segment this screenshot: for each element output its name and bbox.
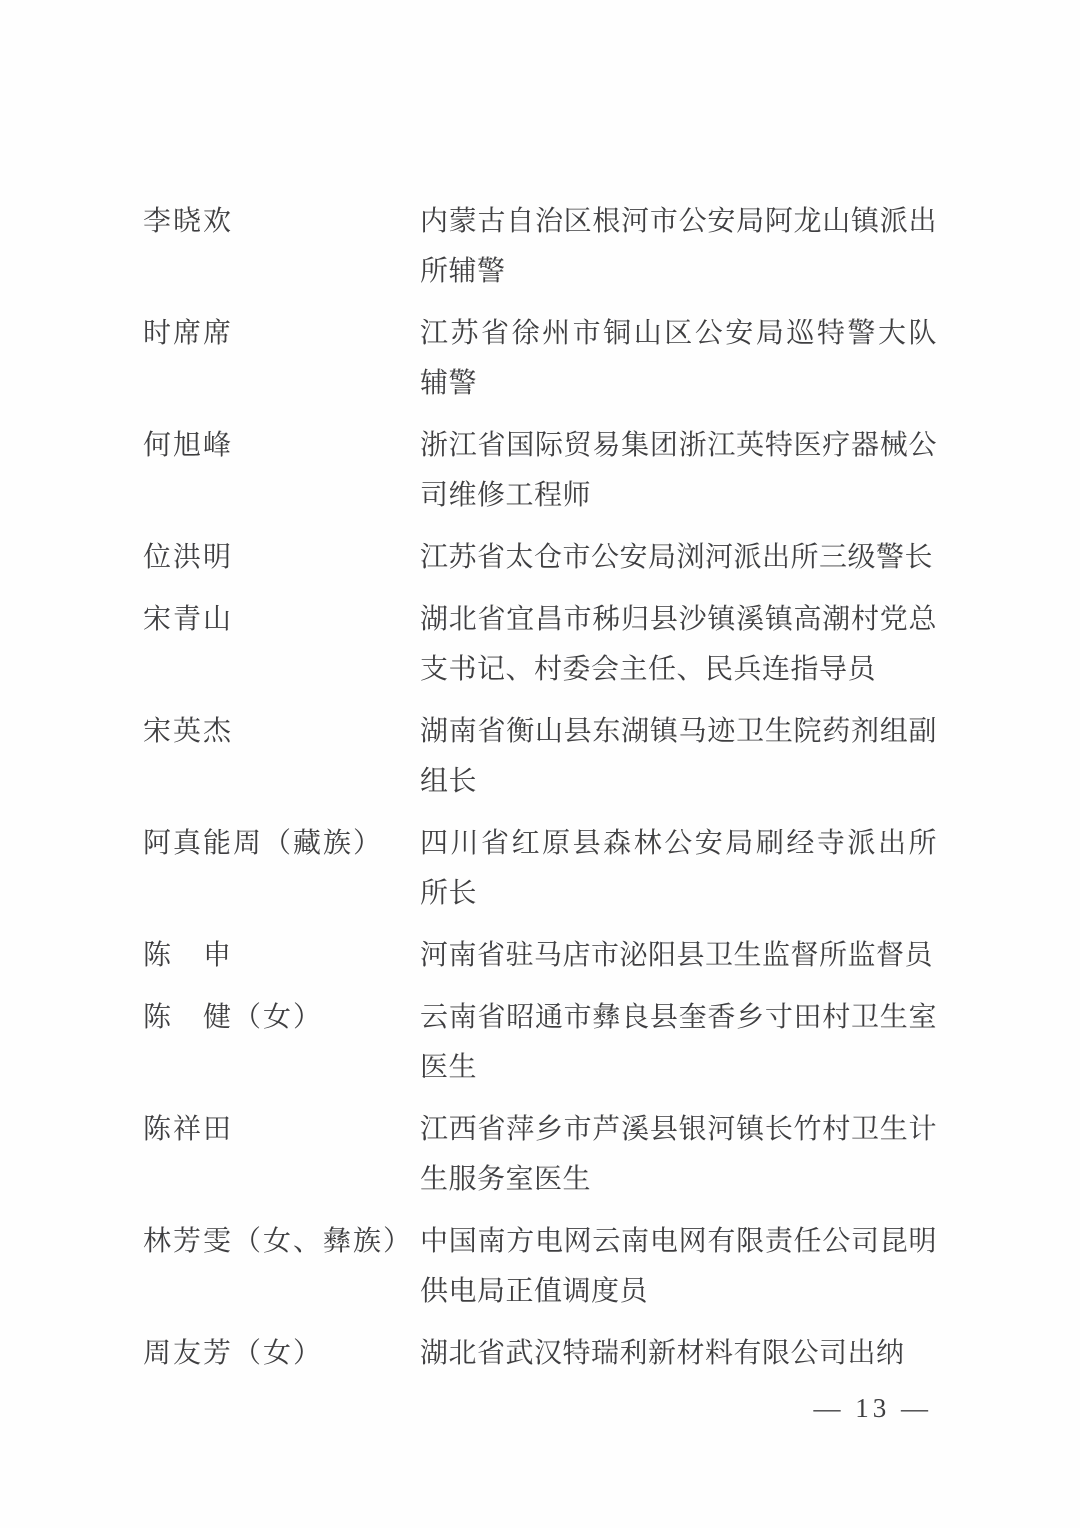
person-title: 河南省驻马店市泌阳县卫生监督所监督员: [420, 931, 937, 981]
person-name: 周友芳（女）: [143, 1329, 420, 1379]
roster-entry: 陈 申 河南省驻马店市泌阳县卫生监督所监督员: [143, 931, 943, 981]
roster-entry: 宋青山 湖北省宜昌市秭归县沙镇溪镇高潮村党总支书记、村委会主任、民兵连指导员: [143, 595, 943, 695]
person-name: 李晓欢: [143, 197, 420, 247]
roster-entry: 阿真能周（藏族） 四川省红原县森林公安局刷经寺派出所所长: [143, 819, 943, 919]
roster-list: 李晓欢 内蒙古自治区根河市公安局阿龙山镇派出所辅警 时席席 江苏省徐州市铜山区公…: [143, 197, 943, 1391]
person-name: 林芳雯（女、彝族）: [143, 1217, 420, 1267]
roster-entry: 林芳雯（女、彝族） 中国南方电网云南电网有限责任公司昆明供电局正值调度员: [143, 1217, 943, 1317]
roster-entry: 周友芳（女） 湖北省武汉特瑞利新材料有限公司出纳: [143, 1329, 943, 1379]
person-name: 陈祥田: [143, 1105, 420, 1155]
roster-entry: 陈祥田 江西省萍乡市芦溪县银河镇长竹村卫生计生服务室医生: [143, 1105, 943, 1205]
roster-entry: 李晓欢 内蒙古自治区根河市公安局阿龙山镇派出所辅警: [143, 197, 943, 297]
person-name: 陈 健（女）: [143, 993, 420, 1043]
person-title-line: 所辅警: [420, 247, 937, 297]
person-title: 中国南方电网云南电网有限责任公司昆明供电局正值调度员: [420, 1217, 937, 1317]
person-name: 时席席: [143, 309, 420, 359]
roster-entry: 何旭峰 浙江省国际贸易集团浙江英特医疗器械公司维修工程师: [143, 421, 943, 521]
person-name: 宋英杰: [143, 707, 420, 757]
person-title: 云南省昭通市彝良县奎香乡寸田村卫生室医生: [420, 993, 937, 1093]
person-title-line: 辅警: [420, 359, 937, 409]
person-name: 陈 申: [143, 931, 420, 981]
person-title: 内蒙古自治区根河市公安局阿龙山镇派出所辅警: [420, 197, 937, 297]
person-title-line: 医生: [420, 1043, 937, 1093]
page-number: — 13 —: [814, 1388, 933, 1428]
person-title: 江西省萍乡市芦溪县银河镇长竹村卫生计生服务室医生: [420, 1105, 937, 1205]
person-title-line: 浙江省国际贸易集团浙江英特医疗器械公: [420, 421, 937, 471]
person-title-line: 湖南省衡山县东湖镇马迹卫生院药剂组副: [420, 707, 937, 757]
person-title: 湖北省宜昌市秭归县沙镇溪镇高潮村党总支书记、村委会主任、民兵连指导员: [420, 595, 937, 695]
person-name: 宋青山: [143, 595, 420, 645]
person-title-line: 湖北省武汉特瑞利新材料有限公司出纳: [420, 1329, 937, 1379]
roster-entry: 时席席 江苏省徐州市铜山区公安局巡特警大队辅警: [143, 309, 943, 409]
person-title: 湖北省武汉特瑞利新材料有限公司出纳: [420, 1329, 937, 1379]
person-title-line: 江苏省徐州市铜山区公安局巡特警大队: [420, 309, 937, 359]
person-title: 江苏省徐州市铜山区公安局巡特警大队辅警: [420, 309, 937, 409]
person-name: 位洪明: [143, 533, 420, 583]
document-page: 李晓欢 内蒙古自治区根河市公安局阿龙山镇派出所辅警 时席席 江苏省徐州市铜山区公…: [0, 0, 1080, 1528]
person-title-line: 内蒙古自治区根河市公安局阿龙山镇派出: [420, 197, 937, 247]
person-title-line: 支书记、村委会主任、民兵连指导员: [420, 645, 937, 695]
person-title: 江苏省太仓市公安局浏河派出所三级警长: [420, 533, 937, 583]
roster-entry: 宋英杰 湖南省衡山县东湖镇马迹卫生院药剂组副组长: [143, 707, 943, 807]
person-title: 四川省红原县森林公安局刷经寺派出所所长: [420, 819, 937, 919]
person-name: 阿真能周（藏族）: [143, 819, 420, 869]
person-name: 何旭峰: [143, 421, 420, 471]
person-title-line: 中国南方电网云南电网有限责任公司昆明: [420, 1217, 937, 1267]
person-title: 湖南省衡山县东湖镇马迹卫生院药剂组副组长: [420, 707, 937, 807]
person-title-line: 生服务室医生: [420, 1155, 937, 1205]
roster-entry: 陈 健（女） 云南省昭通市彝良县奎香乡寸田村卫生室医生: [143, 993, 943, 1093]
person-title-line: 司维修工程师: [420, 471, 937, 521]
person-title-line: 江苏省太仓市公安局浏河派出所三级警长: [420, 533, 937, 583]
person-title-line: 河南省驻马店市泌阳县卫生监督所监督员: [420, 931, 937, 981]
person-title-line: 湖北省宜昌市秭归县沙镇溪镇高潮村党总: [420, 595, 937, 645]
person-title-line: 四川省红原县森林公安局刷经寺派出所: [420, 819, 937, 869]
person-title-line: 江西省萍乡市芦溪县银河镇长竹村卫生计: [420, 1105, 937, 1155]
person-title-line: 所长: [420, 869, 937, 919]
person-title-line: 云南省昭通市彝良县奎香乡寸田村卫生室: [420, 993, 937, 1043]
person-title-line: 组长: [420, 757, 937, 807]
person-title-line: 供电局正值调度员: [420, 1267, 937, 1317]
person-title: 浙江省国际贸易集团浙江英特医疗器械公司维修工程师: [420, 421, 937, 521]
roster-entry: 位洪明 江苏省太仓市公安局浏河派出所三级警长: [143, 533, 943, 583]
